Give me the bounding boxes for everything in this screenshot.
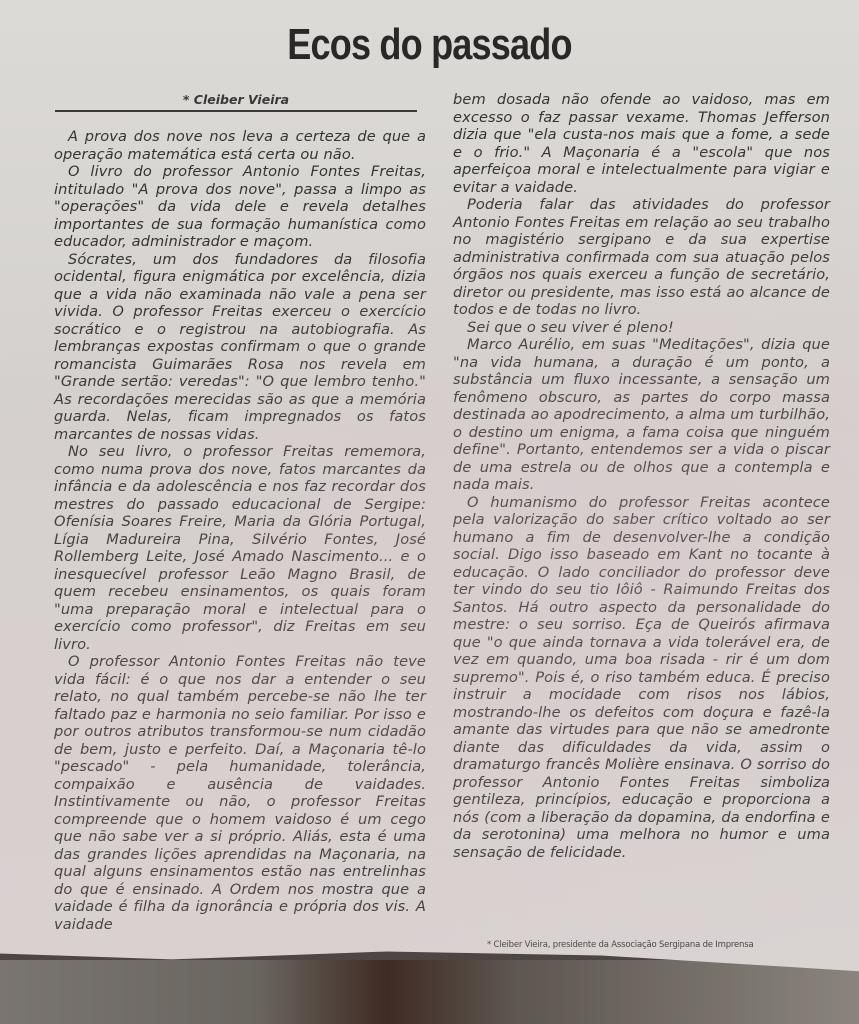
paragraph: O professor Antonio Fontes Freitas não t…: [54, 653, 426, 933]
paragraph: Sei que o seu viver é pleno!: [453, 319, 830, 337]
paragraph: O humanismo do professor Freitas acontec…: [453, 494, 830, 862]
article-column-left: A prova dos nove nos leva a certeza de q…: [54, 128, 426, 933]
article-headline: Ecos do passado: [77, 20, 781, 70]
byline-divider: [55, 110, 417, 112]
paragraph: Sócrates, um dos fundadores da filosofia…: [54, 251, 426, 444]
paragraph: Poderia falar das atividades do professo…: [453, 196, 830, 319]
paragraph: Marco Aurélio, em suas "Meditações", diz…: [453, 336, 830, 494]
article-byline: * Cleiber Vieira: [55, 92, 417, 107]
article-column-right: bem dosada não ofende ao vaidoso, mas em…: [453, 91, 830, 861]
paragraph: O livro do professor Antonio Fontes Frei…: [54, 163, 426, 251]
paragraph: A prova dos nove nos leva a certeza de q…: [54, 128, 426, 163]
author-footnote: * Cleiber Vieira, presidente da Associaç…: [487, 940, 753, 950]
background-surface: [0, 960, 859, 1024]
paragraph: No seu livro, o professor Freitas rememo…: [54, 443, 426, 653]
paragraph-continuation: bem dosada não ofende ao vaidoso, mas em…: [453, 91, 830, 196]
photo-scene: Ecos do passado * Cleiber Vieira A prova…: [0, 0, 859, 1024]
newspaper-clipping: Ecos do passado * Cleiber Vieira A prova…: [0, 0, 859, 985]
